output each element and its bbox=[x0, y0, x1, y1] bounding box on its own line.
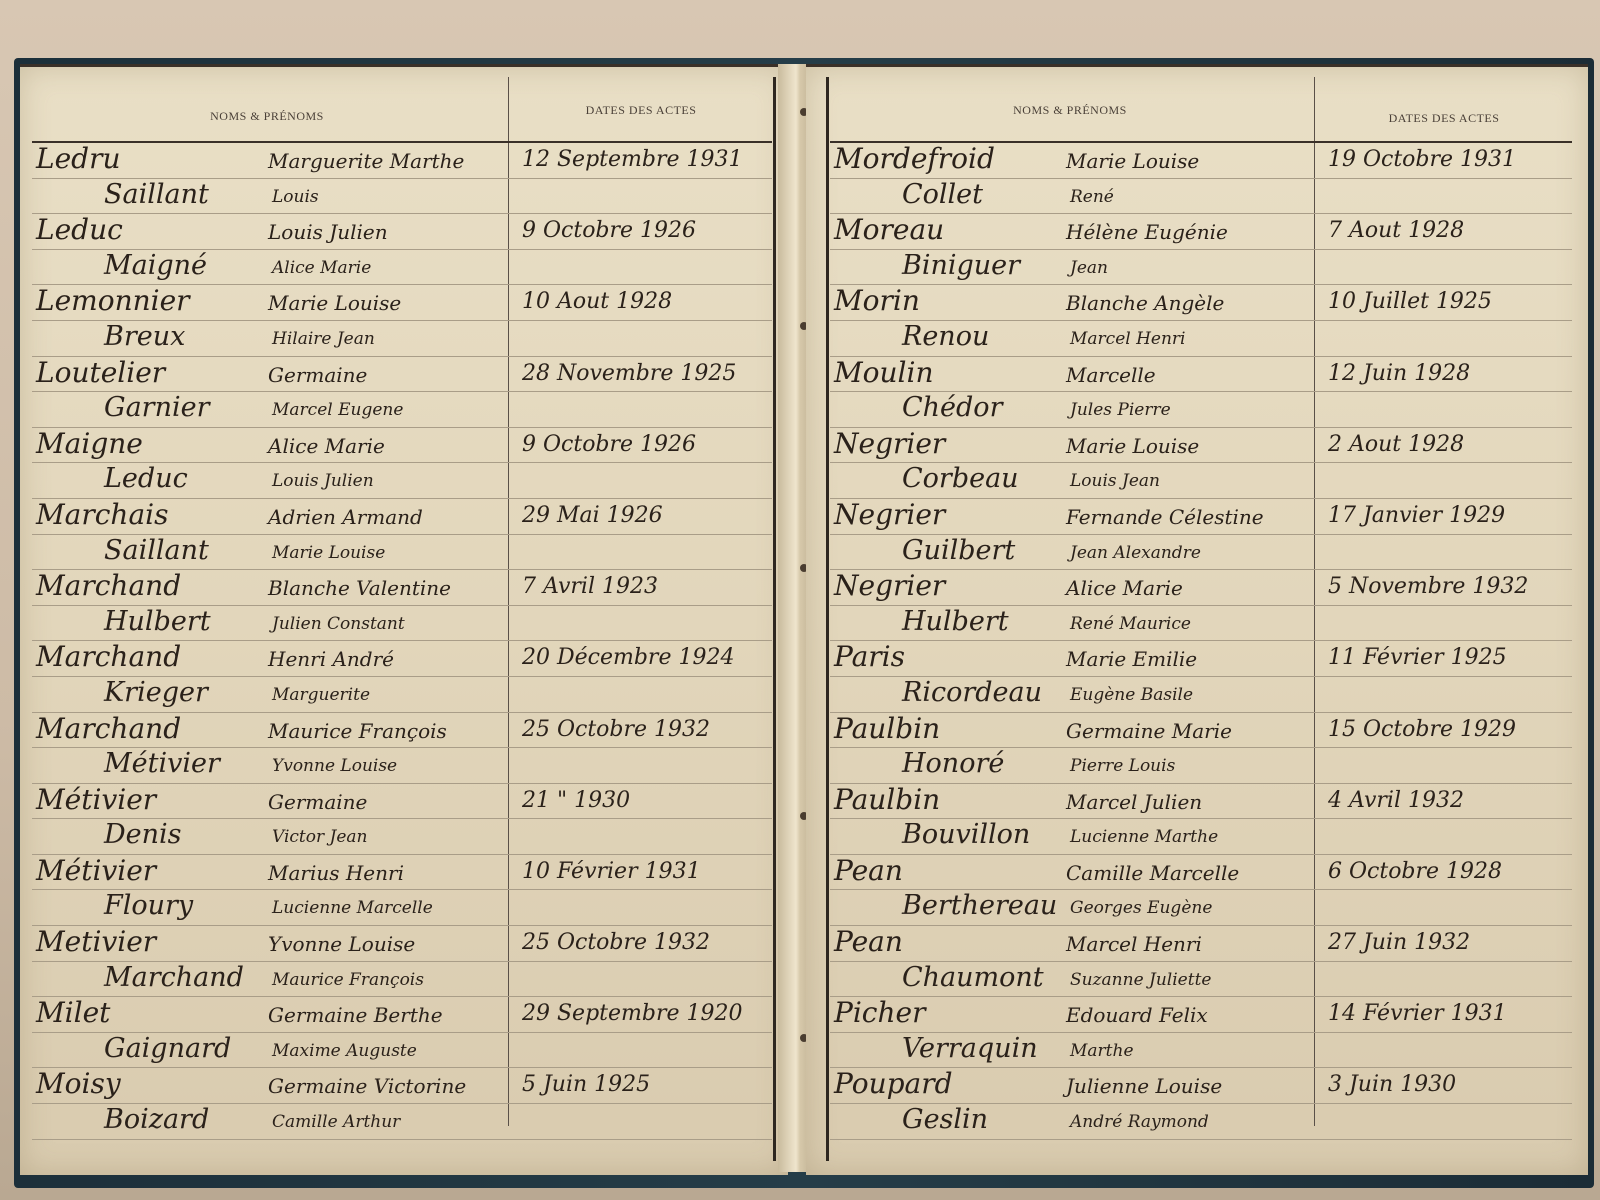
table-row: MaigneAlice Marie9 Octobre 1926 bbox=[32, 428, 772, 464]
spouse1-surname: Pean bbox=[834, 857, 903, 885]
table-row: LedruMarguerite Marthe12 Septembre 1931 bbox=[32, 143, 772, 179]
spouse2-surname: Hulbert bbox=[902, 608, 1009, 635]
act-date: 3 Juin 1930 bbox=[1328, 1074, 1456, 1096]
spouse1-surname: Paris bbox=[834, 643, 905, 671]
spouse1-given-names: Hélène Eugénie bbox=[1066, 222, 1228, 242]
spouse2-surname: Geslin bbox=[902, 1106, 988, 1133]
table-row: MarchandHenri André20 Décembre 1924 bbox=[32, 641, 772, 677]
spouse2-surname: Denis bbox=[104, 821, 182, 848]
act-date: 25 Octobre 1932 bbox=[522, 932, 710, 954]
spouse1-given-names: Edouard Felix bbox=[1066, 1005, 1208, 1025]
table-row: BoizardCamille Arthur bbox=[32, 1104, 772, 1140]
spouse2-given-names: Jean bbox=[1070, 260, 1108, 277]
table-row: BouvillonLucienne Marthe bbox=[830, 819, 1572, 855]
spouse2-surname: Boizard bbox=[104, 1106, 209, 1133]
act-date: 7 Avril 1923 bbox=[522, 576, 658, 598]
spouse1-surname: Morin bbox=[834, 287, 920, 315]
table-row: ChaumontSuzanne Juliette bbox=[830, 962, 1572, 998]
spouse2-surname: Leduc bbox=[104, 465, 188, 492]
spouse1-given-names: Alice Marie bbox=[1066, 578, 1183, 598]
spouse1-given-names: Germaine Marie bbox=[1066, 721, 1232, 741]
spouse2-given-names: Lucienne Marcelle bbox=[272, 900, 433, 917]
spouse2-given-names: Yvonne Louise bbox=[272, 758, 397, 775]
act-date: 5 Juin 1925 bbox=[522, 1074, 650, 1096]
spouse2-given-names: Marthe bbox=[1070, 1043, 1134, 1060]
table-row: LeducLouis Julien bbox=[32, 463, 772, 499]
act-date: 4 Avril 1932 bbox=[1328, 790, 1464, 812]
spouse2-surname: Corbeau bbox=[902, 465, 1019, 492]
act-date: 27 Juin 1932 bbox=[1328, 932, 1470, 954]
act-date: 10 Février 1931 bbox=[522, 861, 701, 883]
spouse2-surname: Marchand bbox=[104, 964, 244, 991]
table-row: MoreauHélène Eugénie7 Aout 1928 bbox=[830, 214, 1572, 250]
table-row: GuilbertJean Alexandre bbox=[830, 535, 1572, 571]
spouse2-surname: Honoré bbox=[902, 750, 1004, 777]
table-row: MetivierYvonne Louise25 Octobre 1932 bbox=[32, 926, 772, 962]
spouse2-given-names: René Maurice bbox=[1070, 616, 1191, 633]
spouse1-given-names: Marcel Henri bbox=[1066, 934, 1202, 954]
act-date: 15 Octobre 1929 bbox=[1328, 719, 1516, 741]
spouse1-surname: Marchand bbox=[36, 715, 181, 743]
spouse2-surname: Saillant bbox=[104, 181, 209, 208]
table-row: NegrierAlice Marie5 Novembre 1932 bbox=[830, 570, 1572, 606]
spouse2-surname: Guilbert bbox=[902, 537, 1015, 564]
spouse1-given-names: Blanche Angèle bbox=[1066, 293, 1224, 313]
header-dates: DATES DES ACTES bbox=[510, 103, 772, 118]
table-row: ChédorJules Pierre bbox=[830, 392, 1572, 428]
table-row: MétivierGermaine21 " 1930 bbox=[32, 784, 772, 820]
right-page: NOMS & PRÉNOMS DATES DES ACTES Mordefroi… bbox=[806, 64, 1588, 1175]
spouse1-surname: Paulbin bbox=[834, 715, 940, 743]
spouse2-surname: Maigné bbox=[104, 252, 207, 279]
table-row: BreuxHilaire Jean bbox=[32, 321, 772, 357]
spouse1-given-names: Germaine bbox=[268, 365, 367, 385]
left-register-table: NOMS & PRÉNOMS DATES DES ACTES LedruMarg… bbox=[32, 67, 772, 1140]
spouse1-given-names: Camille Marcelle bbox=[1066, 863, 1239, 883]
table-row: ColletRené bbox=[830, 179, 1572, 215]
spouse1-surname: Pean bbox=[834, 928, 903, 956]
spouse2-surname: Berthereau bbox=[902, 892, 1057, 919]
spouse2-given-names: Alice Marie bbox=[272, 260, 371, 277]
table-row: HulbertJulien Constant bbox=[32, 606, 772, 642]
spouse1-given-names: Henri André bbox=[268, 649, 394, 669]
spouse1-given-names: Germaine Victorine bbox=[268, 1076, 466, 1096]
table-row: RenouMarcel Henri bbox=[830, 321, 1572, 357]
act-date: 25 Octobre 1932 bbox=[522, 719, 710, 741]
spouse1-given-names: Marie Louise bbox=[1066, 436, 1199, 456]
spouse2-surname: Verraquin bbox=[902, 1035, 1038, 1062]
table-row: PeanMarcel Henri27 Juin 1932 bbox=[830, 926, 1572, 962]
page-frame bbox=[773, 77, 776, 1161]
spouse1-given-names: Germaine Berthe bbox=[268, 1005, 443, 1025]
spouse1-surname: Loutelier bbox=[36, 359, 165, 387]
spouse2-surname: Gaignard bbox=[104, 1035, 231, 1062]
spouse1-surname: Poupard bbox=[834, 1070, 953, 1098]
spouse1-surname: Marchand bbox=[36, 643, 181, 671]
table-row: MarchandMaurice François bbox=[32, 962, 772, 998]
spouse1-given-names: Germaine bbox=[268, 792, 367, 812]
act-date: 29 Mai 1926 bbox=[522, 505, 663, 527]
right-register-table: NOMS & PRÉNOMS DATES DES ACTES Mordefroi… bbox=[830, 67, 1572, 1140]
left-page: NOMS & PRÉNOMS DATES DES ACTES LedruMarg… bbox=[20, 64, 788, 1175]
act-date: 7 Aout 1928 bbox=[1328, 220, 1464, 242]
table-row: MarchandBlanche Valentine7 Avril 1923 bbox=[32, 570, 772, 606]
act-date: 17 Janvier 1929 bbox=[1328, 505, 1505, 527]
table-row: GarnierMarcel Eugene bbox=[32, 392, 772, 428]
table-row: HonoréPierre Louis bbox=[830, 748, 1572, 784]
spouse2-given-names: Louis Julien bbox=[272, 473, 374, 490]
table-row: MiletGermaine Berthe29 Septembre 1920 bbox=[32, 997, 772, 1033]
spouse1-given-names: Julienne Louise bbox=[1066, 1076, 1222, 1096]
act-date: 5 Novembre 1932 bbox=[1328, 576, 1528, 598]
spouse1-given-names: Marie Louise bbox=[1066, 151, 1199, 171]
spouse1-surname: Métivier bbox=[36, 857, 156, 885]
act-date: 21 " 1930 bbox=[522, 790, 630, 812]
spouse2-surname: Chédor bbox=[902, 394, 1002, 421]
spouse1-surname: Leduc bbox=[36, 216, 123, 244]
table-row: PicherEdouard Felix14 Février 1931 bbox=[830, 997, 1572, 1033]
spouse2-given-names: René bbox=[1070, 189, 1114, 206]
table-row: GaignardMaxime Auguste bbox=[32, 1033, 772, 1069]
spouse1-surname: Negrier bbox=[834, 501, 945, 529]
table-row: FlouryLucienne Marcelle bbox=[32, 890, 772, 926]
spouse2-given-names: André Raymond bbox=[1070, 1114, 1209, 1131]
spouse2-surname: Floury bbox=[104, 892, 193, 919]
table-row: LemonnierMarie Louise10 Aout 1928 bbox=[32, 285, 772, 321]
table-row: NegrierFernande Célestine17 Janvier 1929 bbox=[830, 499, 1572, 535]
spouse2-given-names: Louis bbox=[272, 189, 319, 206]
spouse2-given-names: Louis Jean bbox=[1070, 473, 1160, 490]
spouse2-given-names: Georges Eugène bbox=[1070, 900, 1212, 917]
table-row: SaillantMarie Louise bbox=[32, 535, 772, 571]
table-row: PaulbinMarcel Julien4 Avril 1932 bbox=[830, 784, 1572, 820]
spouse1-surname: Mordefroid bbox=[834, 145, 995, 173]
table-row: MaignéAlice Marie bbox=[32, 250, 772, 286]
spouse2-given-names: Jean Alexandre bbox=[1070, 545, 1201, 562]
table-row: MordefroidMarie Louise19 Octobre 1931 bbox=[830, 143, 1572, 179]
table-row: MoisyGermaine Victorine5 Juin 1925 bbox=[32, 1068, 772, 1104]
spouse1-surname: Moreau bbox=[834, 216, 944, 244]
spouse1-given-names: Marguerite Marthe bbox=[268, 151, 464, 171]
act-date: 9 Octobre 1926 bbox=[522, 434, 696, 456]
spouse2-given-names: Hilaire Jean bbox=[272, 331, 375, 348]
act-date: 19 Octobre 1931 bbox=[1328, 149, 1516, 171]
spouse1-given-names: Marcel Julien bbox=[1066, 792, 1202, 812]
table-row: PoupardJulienne Louise3 Juin 1930 bbox=[830, 1068, 1572, 1104]
table-row: DenisVictor Jean bbox=[32, 819, 772, 855]
spouse2-given-names: Maurice François bbox=[272, 972, 424, 989]
act-date: 6 Octobre 1928 bbox=[1328, 861, 1502, 883]
spouse1-surname: Ledru bbox=[36, 145, 121, 173]
spouse2-surname: Garnier bbox=[104, 394, 209, 421]
spouse2-surname: Ricordeau bbox=[902, 679, 1042, 706]
spouse2-given-names: Eugène Basile bbox=[1070, 687, 1193, 704]
table-row: MarchaisAdrien Armand29 Mai 1926 bbox=[32, 499, 772, 535]
act-date: 12 Septembre 1931 bbox=[522, 149, 742, 171]
table-row: MétivierMarius Henri10 Février 1931 bbox=[32, 855, 772, 891]
spouse1-given-names: Maurice François bbox=[268, 721, 447, 741]
table-row: MorinBlanche Angèle10 Juillet 1925 bbox=[830, 285, 1572, 321]
table-row: MoulinMarcelle12 Juin 1928 bbox=[830, 357, 1572, 393]
spouse1-given-names: Marie Louise bbox=[268, 293, 401, 313]
spouse1-surname: Negrier bbox=[834, 430, 945, 458]
table-row: BerthereauGeorges Eugène bbox=[830, 890, 1572, 926]
table-row: LoutelierGermaine28 Novembre 1925 bbox=[32, 357, 772, 393]
spouse1-given-names: Blanche Valentine bbox=[268, 578, 451, 598]
spouse2-surname: Hulbert bbox=[104, 608, 211, 635]
spouse1-surname: Lemonnier bbox=[36, 287, 190, 315]
spouse2-surname: Bouvillon bbox=[902, 821, 1030, 848]
spouse2-surname: Breux bbox=[104, 323, 185, 350]
right-entries: MordefroidMarie Louise19 Octobre 1931Col… bbox=[830, 143, 1572, 1140]
spouse1-given-names: Yvonne Louise bbox=[268, 934, 415, 954]
header-names: NOMS & PRÉNOMS bbox=[830, 103, 1310, 118]
table-row: SaillantLouis bbox=[32, 179, 772, 215]
spouse2-given-names: Marie Louise bbox=[272, 545, 385, 562]
table-row: MarchandMaurice François25 Octobre 1932 bbox=[32, 713, 772, 749]
spouse2-given-names: Lucienne Marthe bbox=[1070, 829, 1218, 846]
act-date: 20 Décembre 1924 bbox=[522, 647, 734, 669]
act-date: 12 Juin 1928 bbox=[1328, 363, 1470, 385]
header-names: NOMS & PRÉNOMS bbox=[32, 109, 502, 124]
spouse1-surname: Moulin bbox=[834, 359, 934, 387]
table-row: BiniguerJean bbox=[830, 250, 1572, 286]
spouse1-given-names: Marcelle bbox=[1066, 365, 1156, 385]
spouse2-given-names: Victor Jean bbox=[272, 829, 368, 846]
spouse2-given-names: Camille Arthur bbox=[272, 1114, 400, 1131]
left-entries: LedruMarguerite Marthe12 Septembre 1931S… bbox=[32, 143, 772, 1140]
table-row: KriegerMarguerite bbox=[32, 677, 772, 713]
table-row: PeanCamille Marcelle6 Octobre 1928 bbox=[830, 855, 1572, 891]
spouse2-surname: Chaumont bbox=[902, 964, 1044, 991]
spouse1-given-names: Louis Julien bbox=[268, 222, 388, 242]
spouse2-surname: Collet bbox=[902, 181, 983, 208]
spouse2-surname: Métivier bbox=[104, 750, 220, 777]
spouse2-given-names: Pierre Louis bbox=[1070, 758, 1175, 775]
spouse2-given-names: Marcel Henri bbox=[1070, 331, 1186, 348]
table-header: NOMS & PRÉNOMS DATES DES ACTES bbox=[32, 67, 772, 143]
table-row: PaulbinGermaine Marie15 Octobre 1929 bbox=[830, 713, 1572, 749]
table-row: GeslinAndré Raymond bbox=[830, 1104, 1572, 1140]
spouse2-surname: Renou bbox=[902, 323, 989, 350]
header-dates: DATES DES ACTES bbox=[1316, 111, 1572, 126]
spouse1-surname: Picher bbox=[834, 999, 925, 1027]
page-frame bbox=[826, 77, 829, 1161]
spouse1-given-names: Marius Henri bbox=[268, 863, 404, 883]
act-date: 11 Février 1925 bbox=[1328, 647, 1507, 669]
spouse2-given-names: Marcel Eugene bbox=[272, 402, 403, 419]
spouse1-surname: Metivier bbox=[36, 928, 156, 956]
table-header: NOMS & PRÉNOMS DATES DES ACTES bbox=[830, 67, 1572, 143]
spouse1-surname: Métivier bbox=[36, 786, 156, 814]
spouse1-surname: Marchand bbox=[36, 572, 181, 600]
act-date: 28 Novembre 1925 bbox=[522, 363, 736, 385]
spouse2-surname: Saillant bbox=[104, 537, 209, 564]
spouse1-given-names: Fernande Célestine bbox=[1066, 507, 1264, 527]
spouse2-given-names: Marguerite bbox=[272, 687, 370, 704]
spouse1-surname: Milet bbox=[36, 999, 110, 1027]
spouse2-given-names: Maxime Auguste bbox=[272, 1043, 417, 1060]
act-date: 10 Juillet 1925 bbox=[1328, 291, 1492, 313]
act-date: 29 Septembre 1920 bbox=[522, 1003, 742, 1025]
act-date: 9 Octobre 1926 bbox=[522, 220, 696, 242]
spouse2-surname: Krieger bbox=[104, 679, 208, 706]
table-row: RicordeauEugène Basile bbox=[830, 677, 1572, 713]
spouse1-surname: Negrier bbox=[834, 572, 945, 600]
spouse1-surname: Marchais bbox=[36, 501, 168, 529]
table-row: VerraquinMarthe bbox=[830, 1033, 1572, 1069]
act-date: 2 Aout 1928 bbox=[1328, 434, 1464, 456]
table-row: HulbertRené Maurice bbox=[830, 606, 1572, 642]
table-row: MétivierYvonne Louise bbox=[32, 748, 772, 784]
spouse1-surname: Maigne bbox=[36, 430, 143, 458]
table-row: CorbeauLouis Jean bbox=[830, 463, 1572, 499]
spouse1-given-names: Alice Marie bbox=[268, 436, 385, 456]
act-date: 14 Février 1931 bbox=[1328, 1003, 1507, 1025]
spouse2-given-names: Jules Pierre bbox=[1070, 402, 1171, 419]
spouse2-given-names: Julien Constant bbox=[272, 616, 405, 633]
spouse2-given-names: Suzanne Juliette bbox=[1070, 972, 1211, 989]
spouse1-given-names: Marie Emilie bbox=[1066, 649, 1197, 669]
spouse2-surname: Biniguer bbox=[902, 252, 1020, 279]
spouse1-surname: Paulbin bbox=[834, 786, 940, 814]
table-row: LeducLouis Julien9 Octobre 1926 bbox=[32, 214, 772, 250]
spouse1-given-names: Adrien Armand bbox=[268, 507, 423, 527]
table-row: ParisMarie Emilie11 Février 1925 bbox=[830, 641, 1572, 677]
table-row: NegrierMarie Louise2 Aout 1928 bbox=[830, 428, 1572, 464]
act-date: 10 Aout 1928 bbox=[522, 291, 672, 313]
spouse1-surname: Moisy bbox=[36, 1070, 121, 1098]
